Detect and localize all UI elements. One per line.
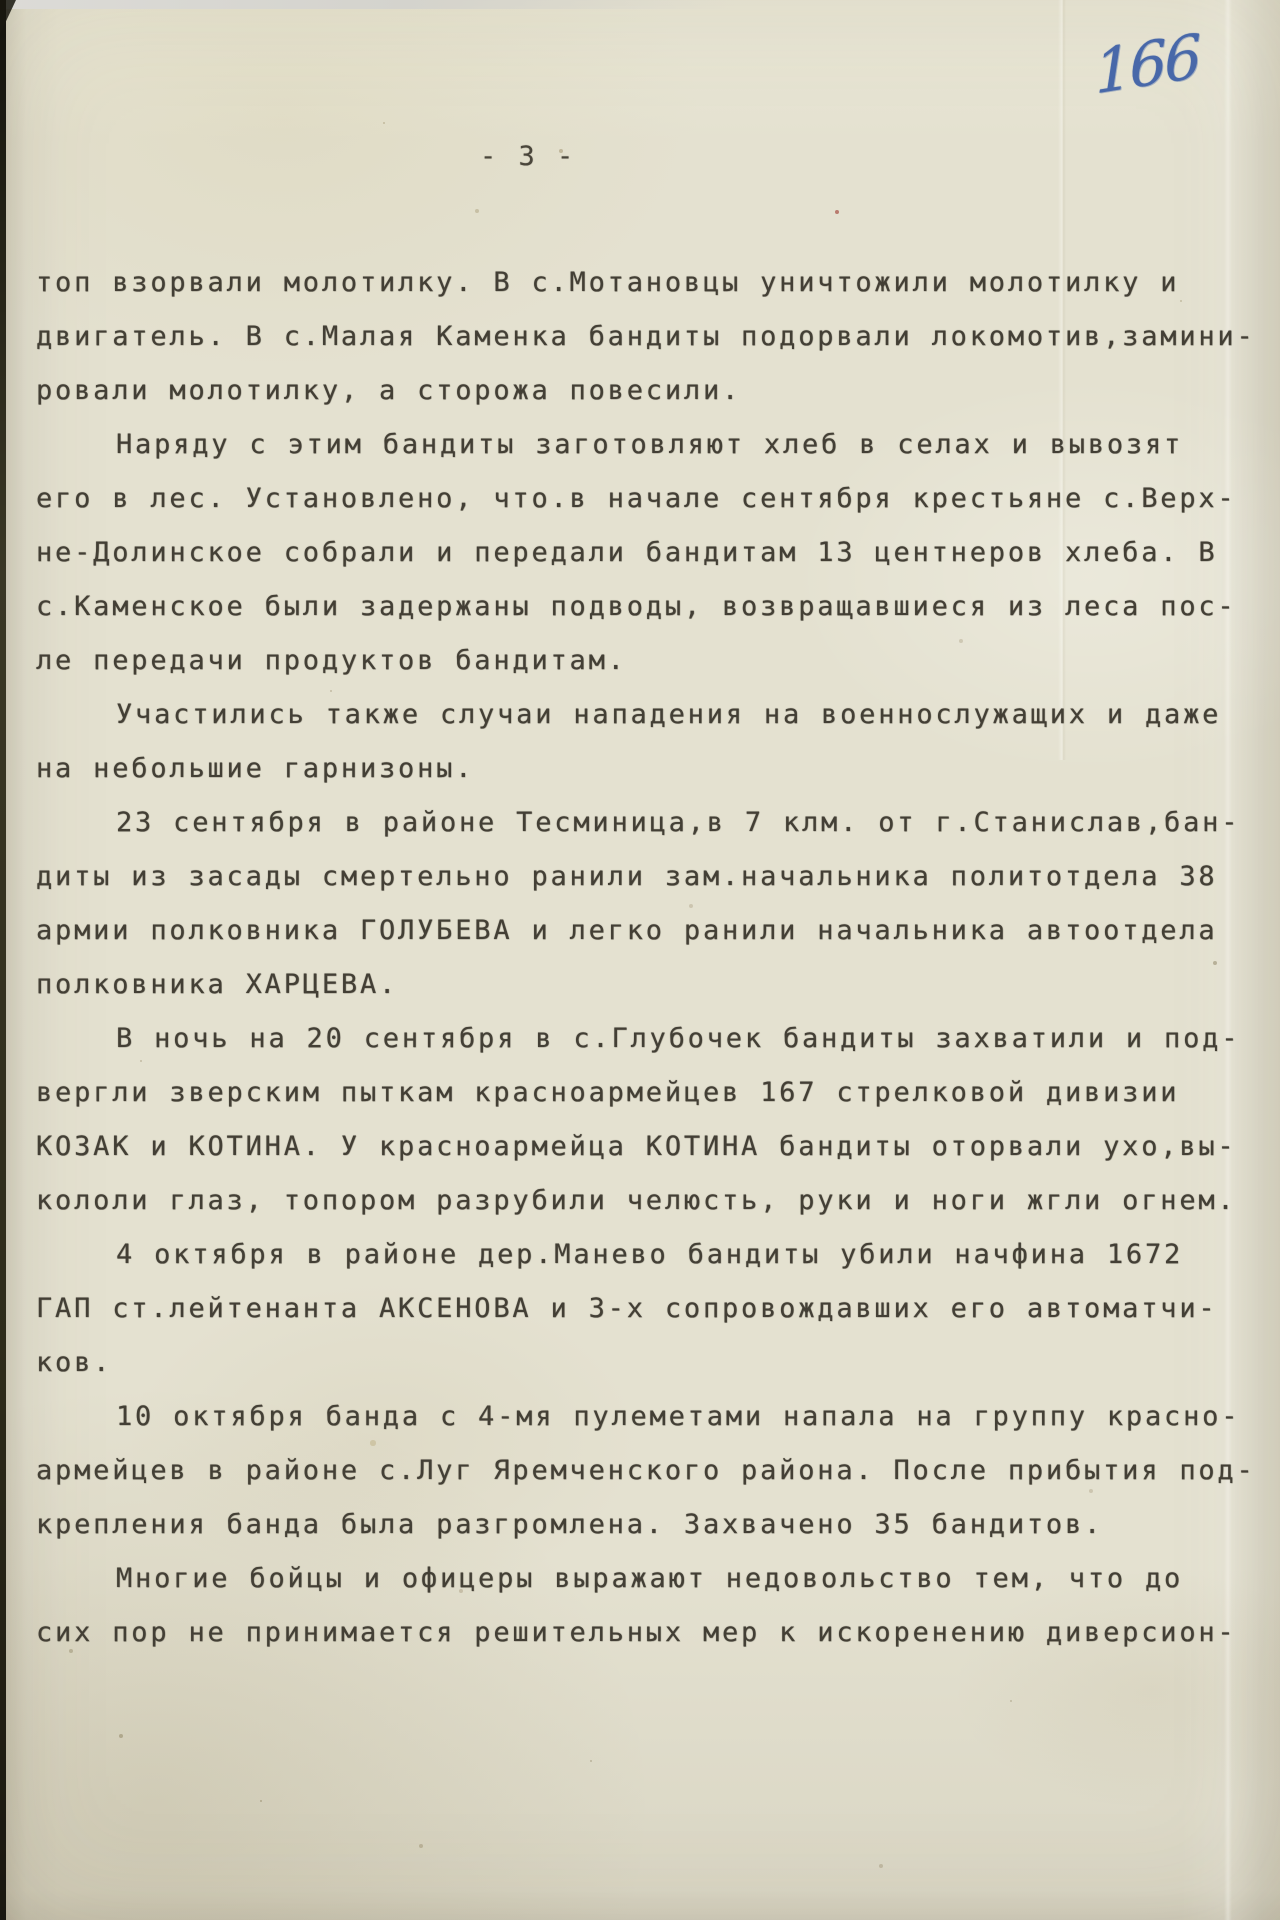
text-line: крепления банда была разгромлена. Захвач… — [36, 1498, 1268, 1552]
scan-edge-left — [0, 0, 6, 1920]
text-line: ГАП ст.лейтенанта АКСЕНОВА и 3-х сопрово… — [36, 1282, 1268, 1336]
handwritten-archive-number: 166 — [1093, 22, 1200, 109]
text-line: кололи глаз, топором разрубили челюсть, … — [36, 1174, 1268, 1228]
scanned-document-page: 166 - 3 - топ взорвали молотилку. В с.Мо… — [0, 0, 1280, 1920]
typewritten-text-block: топ взорвали молотилку. В с.Мотановцы ун… — [36, 256, 1268, 1660]
text-line: не-Долинское собрали и передали бандитам… — [36, 526, 1268, 580]
text-line: ле передачи продуктов бандитам. — [36, 634, 1268, 688]
text-line: полковника ХАРЦЕВА. — [36, 958, 1268, 1012]
text-line: 10 октября банда с 4-мя пулеметами напал… — [36, 1390, 1268, 1444]
text-line: 4 октября в районе дер.Манево бандиты уб… — [36, 1228, 1268, 1282]
text-line: с.Каменское были задержаны подводы, возв… — [36, 580, 1268, 634]
text-line: вергли зверским пыткам красноармейцев 16… — [36, 1066, 1268, 1120]
scan-corner-shadow — [0, 0, 16, 34]
text-line: Наряду с этим бандиты заготовляют хлеб в… — [36, 418, 1268, 472]
page-number: - 3 - — [480, 141, 576, 172]
text-line: армейцев в районе с.Луг Яремченского рай… — [36, 1444, 1268, 1498]
text-line: ровали молотилку, а сторожа повесили. — [36, 364, 1268, 418]
scan-edge-top — [0, 0, 735, 9]
text-line: Многие бойцы и офицеры выражают недоволь… — [36, 1552, 1268, 1606]
text-line: сих пор не принимается решительных мер к… — [36, 1606, 1268, 1660]
text-line: КОЗАК и КОТИНА. У красноармейца КОТИНА б… — [36, 1120, 1268, 1174]
text-line: ков. — [36, 1336, 1268, 1390]
text-line: его в лес. Установлено, что.в начале сен… — [36, 472, 1268, 526]
text-line: топ взорвали молотилку. В с.Мотановцы ун… — [36, 256, 1268, 310]
text-line: двигатель. В с.Малая Каменка бандиты под… — [36, 310, 1268, 364]
text-line: армии полковника ГОЛУБЕВА и легко ранили… — [36, 904, 1268, 958]
text-line: на небольшие гарнизоны. — [36, 742, 1268, 796]
text-line: 23 сентября в районе Тесминица,в 7 клм. … — [36, 796, 1268, 850]
text-line: Участились также случаи нападения на вое… — [36, 688, 1268, 742]
text-line: В ночь на 20 сентября в с.Глубочек банди… — [36, 1012, 1268, 1066]
text-line: диты из засады смертельно ранили зам.нач… — [36, 850, 1268, 904]
